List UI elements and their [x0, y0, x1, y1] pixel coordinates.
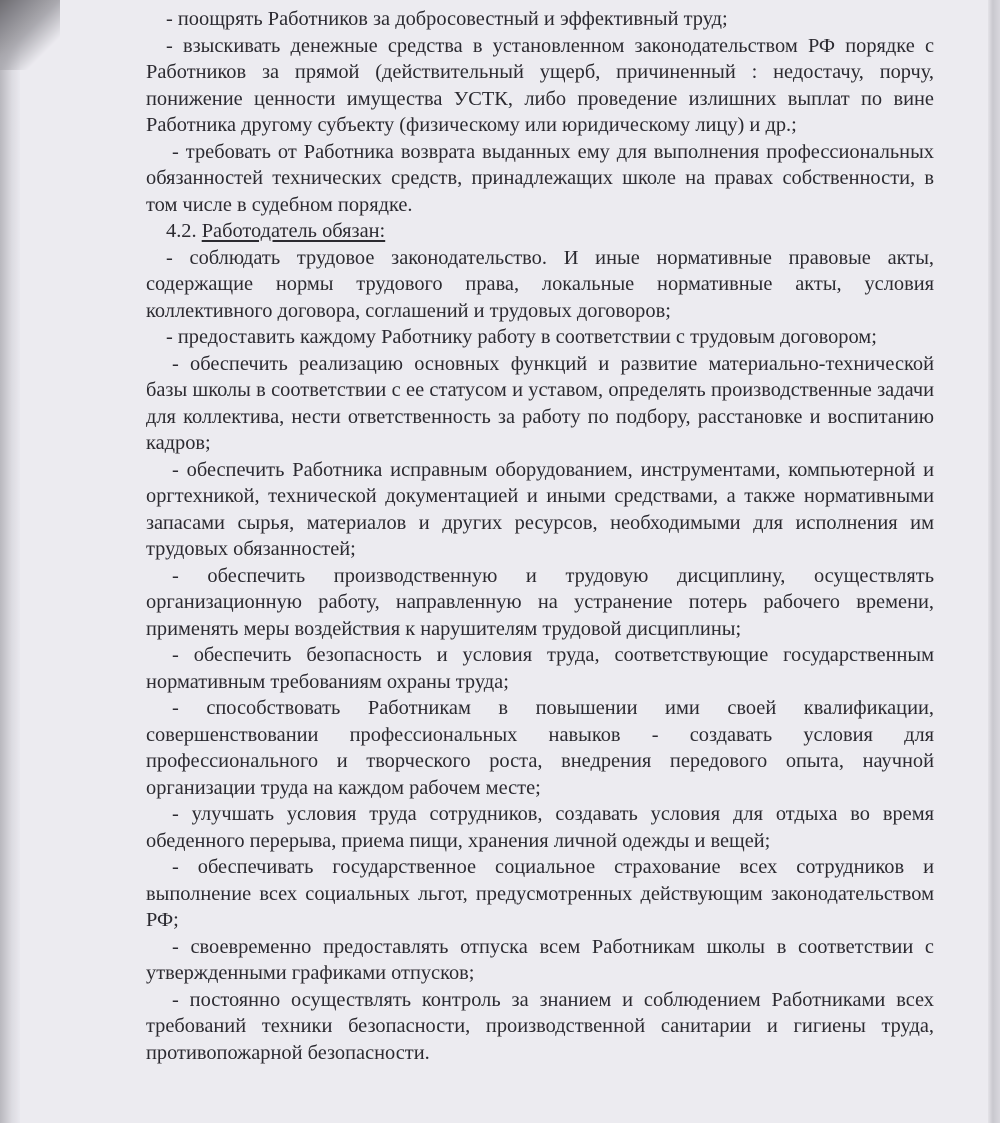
scan-shadow-left: [0, 0, 20, 1123]
paragraph-duty-safety-control: - постоянно осуществлять контроль за зна…: [146, 987, 934, 1067]
scan-edge-right: [988, 0, 1000, 1123]
paragraph-duty-discipline: - обеспечить производственную и трудовую…: [146, 563, 934, 643]
paragraph-duty-equipment: - обеспечить Работника исправным оборудо…: [146, 457, 934, 563]
paragraph-duty-social-insurance: - обеспечивать государственное социально…: [146, 854, 934, 934]
paragraph-recover-funds: - взыскивать денежные средства в установ…: [146, 33, 934, 139]
paragraph-duty-safety: - обеспечить безопасность и условия труд…: [146, 642, 934, 695]
paragraph-duty-school-functions: - обеспечить реализацию основных функций…: [146, 351, 934, 457]
paragraph-return-equipment: - требовать от Работника возврата выданн…: [146, 139, 934, 219]
section-number: 4.2.: [166, 220, 197, 242]
paragraph-duty-work-conditions: - улучшать условия труда сотрудников, со…: [146, 801, 934, 854]
scan-fold-corner: [0, 0, 60, 70]
document-page: - поощрять Работников за добросовестный …: [146, 6, 934, 1066]
section-title: Работодатель обязан:: [202, 220, 386, 242]
paragraph-duty-provide-work: - предоставить каждому Работнику работу …: [146, 324, 934, 351]
section-heading-4-2: 4.2. Работодатель обязан:: [146, 218, 934, 245]
paragraph-duty-vacations: - своевременно предоставлять отпуска все…: [146, 934, 934, 987]
paragraph-duty-labor-law: - соблюдать трудовое законодательство. И…: [146, 245, 934, 325]
paragraph-duty-qualification: - способствовать Работникам в повышении …: [146, 695, 934, 801]
paragraph-reward-workers: - поощрять Работников за добросовестный …: [146, 6, 934, 33]
